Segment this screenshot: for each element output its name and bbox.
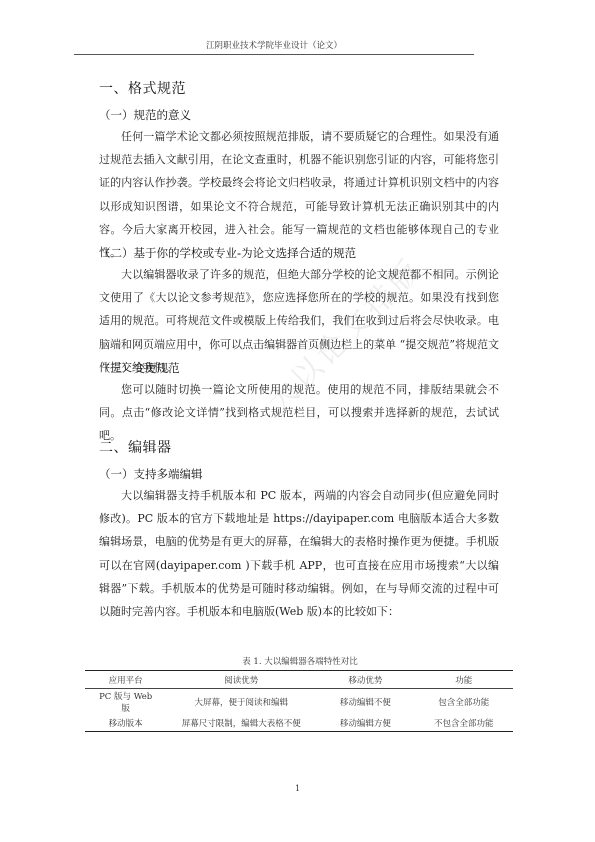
table-cell: 不包含全部功能	[415, 717, 513, 732]
table-caption: 表 1. 大以编辑器各端特性对比	[85, 655, 515, 667]
table-header: 功能	[415, 671, 513, 689]
table-cell: 大屏幕，便于阅读和编辑	[166, 689, 316, 718]
page-number: 1	[0, 784, 595, 793]
table-cell: 移动编辑方便	[316, 717, 414, 732]
section-heading-format: 一、格式规范	[99, 78, 186, 98]
subsection-heading-choose: （二）基于你的学校或专业-为论文选择合适的规范	[99, 245, 356, 261]
subsection-heading-meaning: （一）规范的意义	[99, 107, 191, 123]
table-row: PC 版与 Web 版 大屏幕，便于阅读和编辑 移动编辑不便 包含全部功能	[85, 689, 513, 718]
table-cell: 屏幕尺寸限制，编辑大表格不便	[166, 717, 316, 732]
table-header: 阅读优势	[166, 671, 316, 689]
table-cell: 移动编辑不便	[316, 689, 414, 718]
table-cell: 移动版本	[85, 717, 166, 732]
paragraph-multi: 大以编辑器支持手机版本和 PC 版本，两端的内容会自动同步(但应避免同时修改)。…	[99, 484, 499, 623]
table-header-row: 应用平台 阅读优势 移动优势 功能	[85, 671, 513, 689]
comparison-table: 应用平台 阅读优势 移动优势 功能 PC 版与 Web 版 大屏幕，便于阅读和编…	[85, 670, 513, 732]
table-cell: 包含全部功能	[415, 689, 513, 718]
header-rule	[74, 54, 474, 55]
paragraph-meaning: 任何一篇学术论文都必须按照规范排版，请不要质疑它的合理性。如果没有通过规范去插入…	[99, 125, 499, 264]
section-heading-editor: 二、编辑器	[99, 437, 172, 457]
table-row: 移动版本 屏幕尺寸限制，编辑大表格不便 移动编辑方便 不包含全部功能	[85, 717, 513, 732]
subsection-heading-multi: （一）支持多端编辑	[99, 466, 203, 482]
page-header: 江阴职业技术学院毕业设计（论文）	[74, 38, 474, 54]
table-header: 移动优势	[316, 671, 414, 689]
subsection-heading-change: （三）变更规范	[99, 360, 180, 376]
table-cell: PC 版与 Web 版	[85, 689, 166, 718]
table-header: 应用平台	[85, 671, 166, 689]
document-page: 江阴职业技术学院毕业设计（论文） 一、格式规范 （一）规范的意义 任何一篇学术论…	[0, 0, 595, 842]
